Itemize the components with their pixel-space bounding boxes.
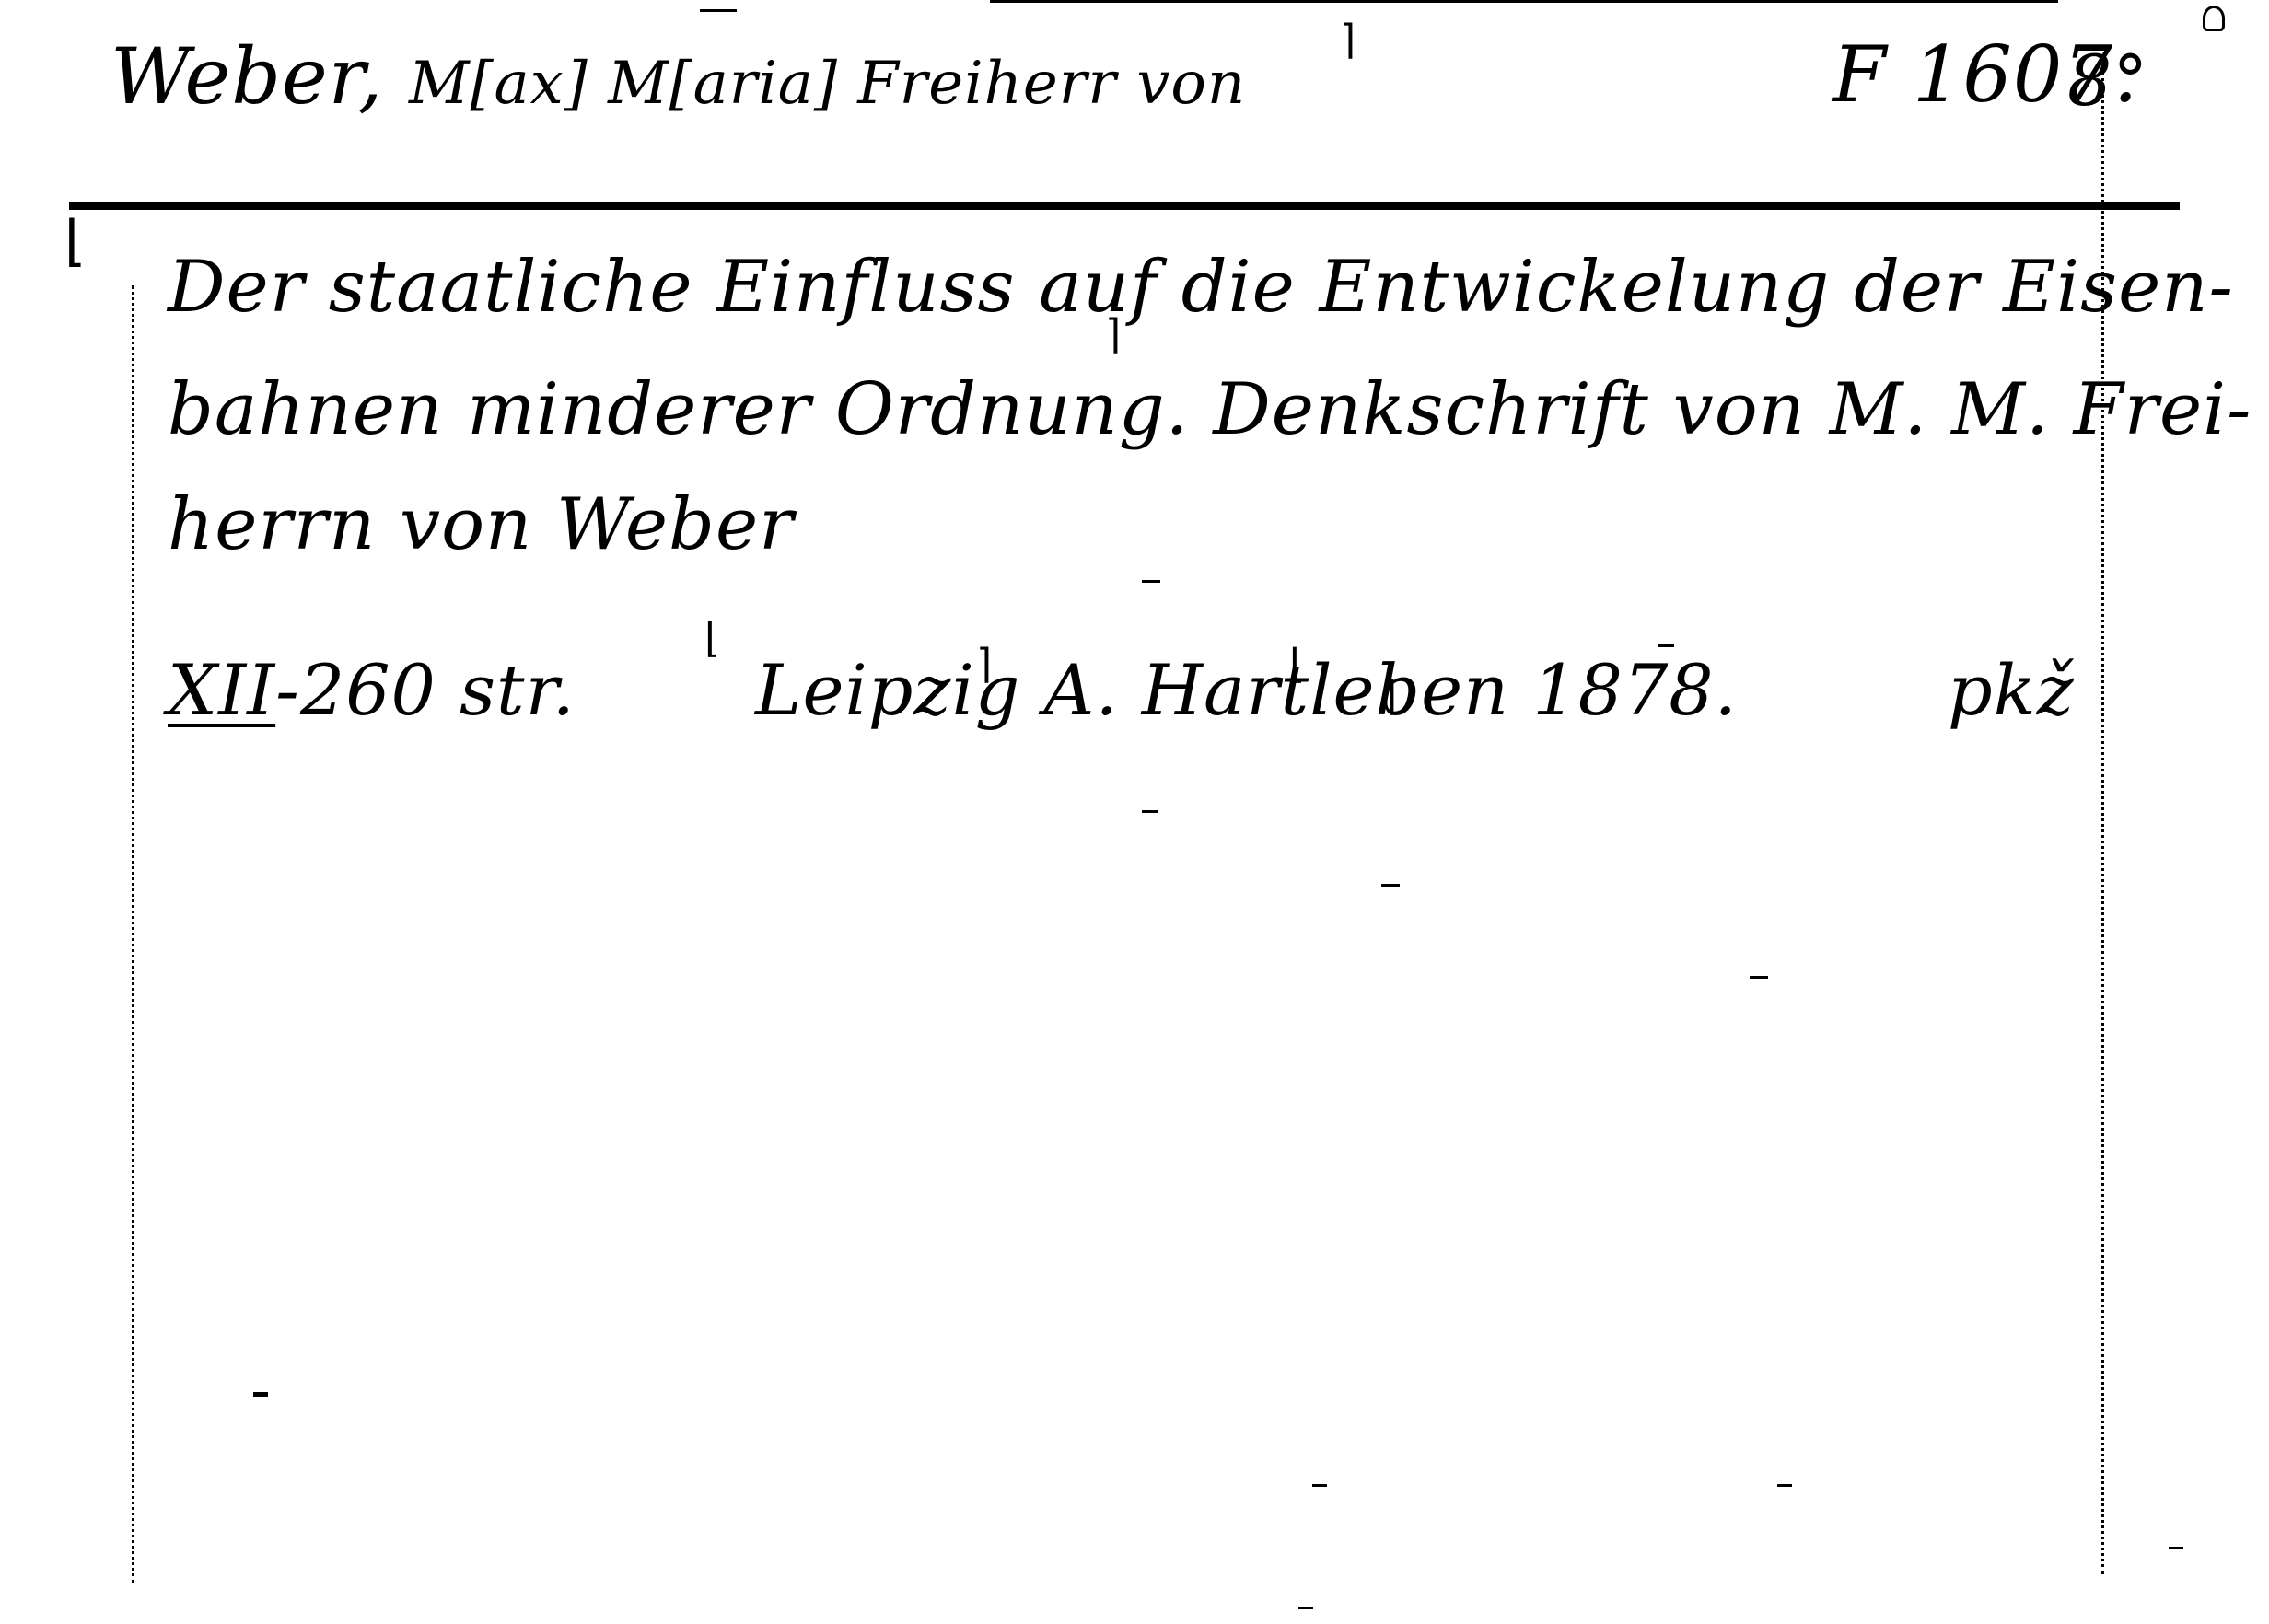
top-edge-rule — [990, 0, 2058, 3]
catalog-card: Weber, M[ax] M[aria] Freiherr von F 1607… — [0, 0, 2269, 1624]
heading-divider — [69, 202, 2180, 210]
pagination: XII-260 str. — [168, 644, 576, 737]
scan-speck — [1750, 976, 1768, 979]
scan-speck — [1298, 1607, 1313, 1609]
open-bracket-mark-icon: ⌊ — [704, 619, 720, 659]
cataloger-initials: pkž — [1948, 644, 2075, 737]
title-line: bahnen minderer Ordnung. Denkschrift von… — [168, 364, 2252, 456]
open-bracket-mark-icon: ⌊ — [64, 214, 86, 269]
author-forenames: M[ax] M[aria] Freiherr von — [409, 50, 1246, 118]
scan-speck — [1142, 810, 1158, 813]
pagination-roman: XII — [168, 649, 275, 731]
close-bracket-mark-icon: ⌉ — [1340, 20, 1356, 61]
left-margin-line — [132, 285, 134, 1583]
stamp-mark-icon — [2203, 6, 2225, 31]
scan-speck — [1381, 884, 1400, 887]
scan-speck — [1658, 644, 1674, 647]
scan-speck — [1142, 580, 1160, 583]
title-line: Der staatliche Einfluss auf die Entwicke… — [168, 241, 2234, 333]
title-line: herrn von Weber — [168, 479, 794, 571]
author-surname: Weber, — [111, 31, 383, 122]
scan-speck — [700, 9, 737, 12]
scan-speck — [1777, 1484, 1792, 1487]
author-heading: Weber, M[ax] M[aria] Freiherr von — [111, 26, 1246, 134]
scan-speck — [253, 1392, 268, 1397]
scan-speck — [2169, 1547, 2183, 1549]
place-publisher-year: Leipzig A. Hartleben 1878. — [755, 644, 1738, 737]
pagination-pages: -260 str. — [275, 649, 576, 731]
format-size: 8° — [2067, 35, 2148, 127]
scan-speck — [1312, 1484, 1327, 1487]
